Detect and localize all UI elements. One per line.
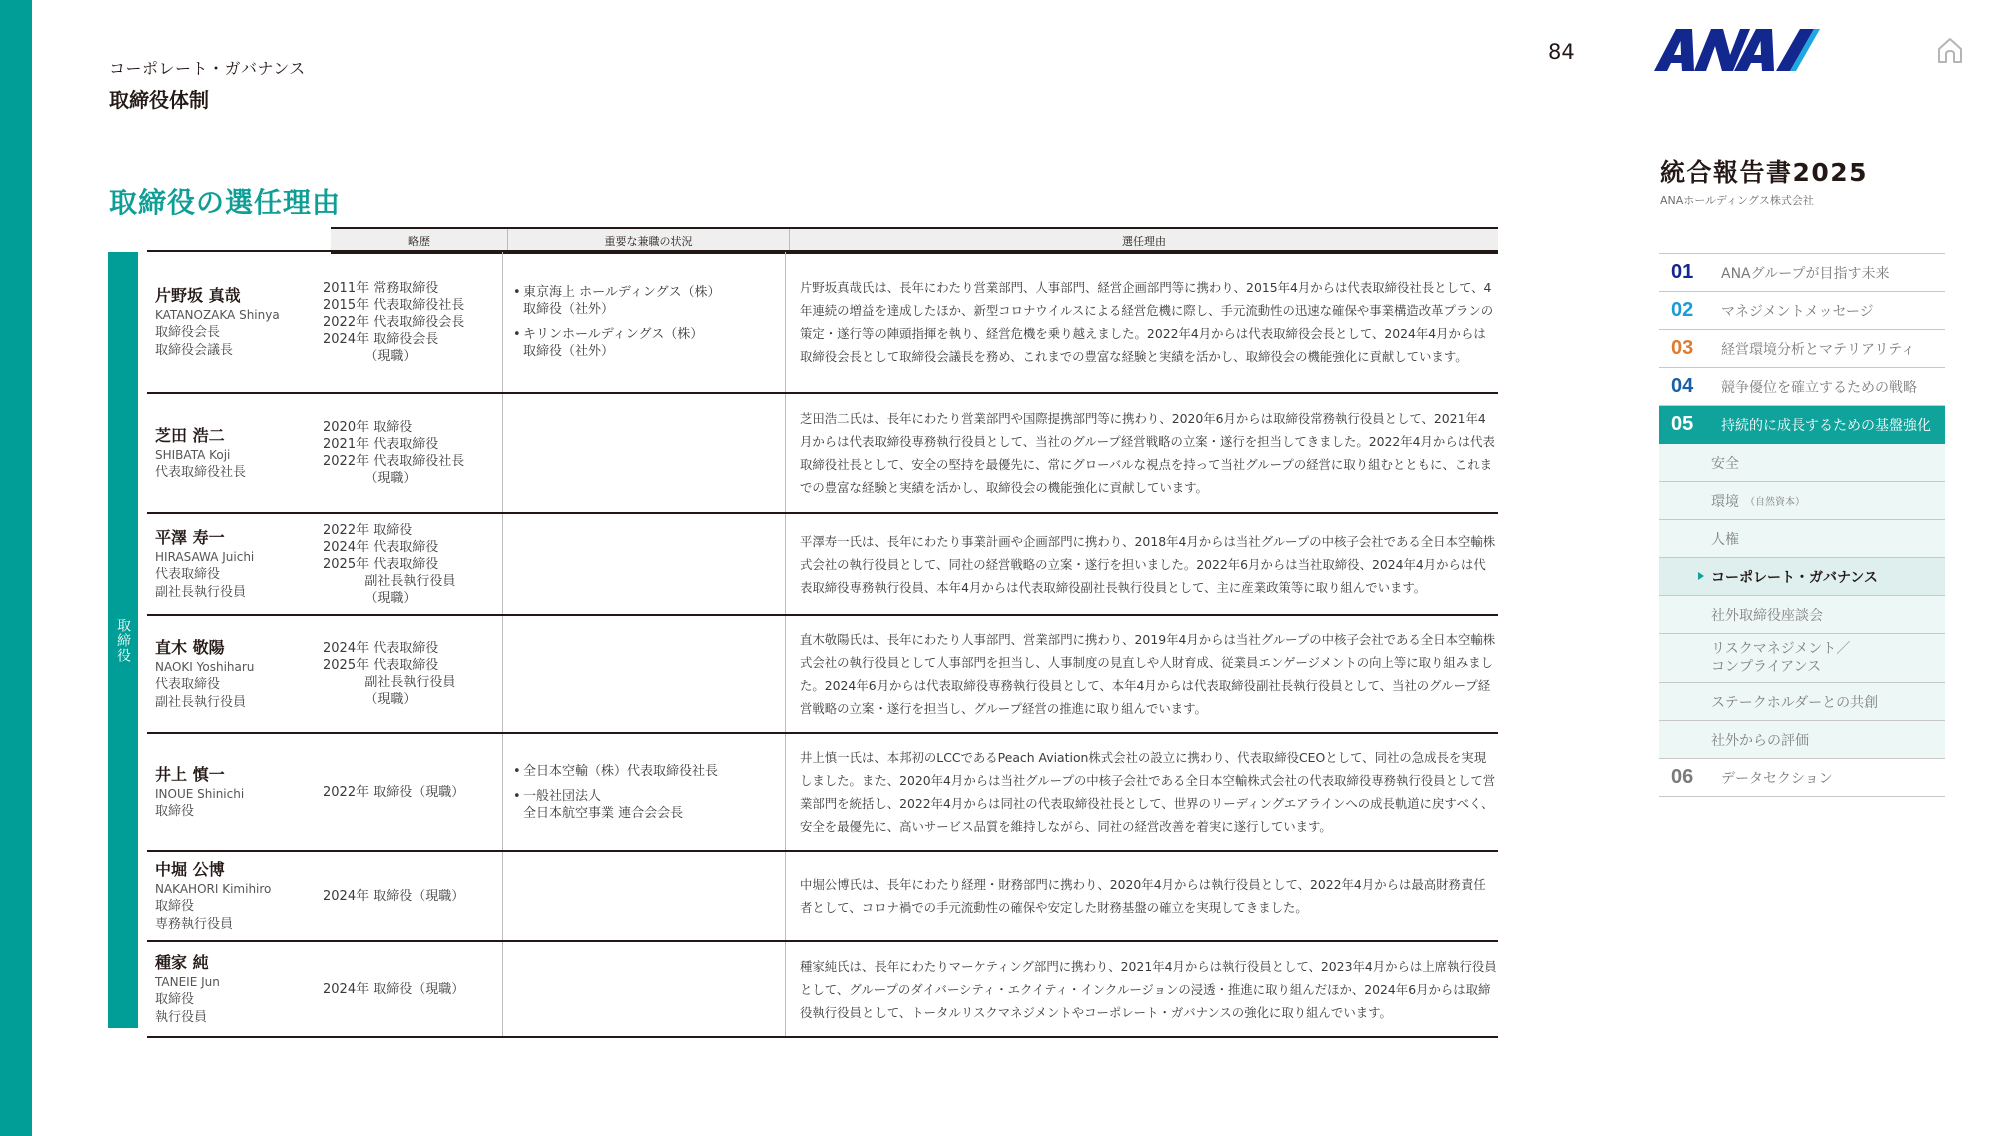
name-en: SHIBATA Koji — [155, 447, 323, 464]
career-cell: 2011年 常務取締役 2015年 代表取締役社長 2022年 代表取締役会長 … — [323, 252, 503, 392]
nav-number: 06 — [1659, 766, 1721, 789]
posts-cell — [503, 514, 786, 614]
col-header-career: 略歴 — [331, 229, 508, 252]
post-item: 東京海上 ホールディングス（株） 取締役（社外） — [513, 284, 785, 318]
reason-cell: 井上慎一氏は、本邦初のLCCであるPeach Aviation株式会社の設立に携… — [786, 734, 1498, 850]
career-line: （現職） — [323, 470, 502, 487]
name-en: KATANOZAKA Shinya — [155, 307, 323, 324]
title: 副社長執行役員 — [155, 694, 323, 712]
nav-label: ANAグループが目指す未来 — [1721, 263, 1890, 283]
table-body: 片野坂 真哉 KATANOZAKA Shinya 取締役会長 取締役会議長 20… — [147, 250, 1498, 1038]
career-line: 2022年 代表取締役会長 — [323, 314, 502, 331]
reason-cell: 種家純氏は、長年にわたりマーケティング部門に携わり、2021年4月からは執行役員… — [786, 942, 1498, 1036]
nav-item-01[interactable]: 01 ANAグループが目指す未来 — [1659, 254, 1945, 292]
career-cell: 2024年 取締役（現職） — [323, 942, 503, 1036]
nav-number: 03 — [1659, 337, 1721, 360]
posts-cell — [503, 942, 786, 1036]
career-line: （現職） — [323, 348, 502, 365]
reason-cell: 直木敬陽氏は、長年にわたり人事部門、営業部門に携わり、2019年4月からは当社グ… — [786, 616, 1498, 732]
reason-cell: 中堀公博氏は、長年にわたり経理・財務部門に携わり、2020年4月からは執行役員と… — [786, 852, 1498, 940]
nav-number: 02 — [1659, 299, 1721, 322]
career-line: 2020年 取締役 — [323, 419, 502, 436]
career-line: 2024年 取締役会長 — [323, 331, 502, 348]
title: 代表取締役社長 — [155, 464, 323, 482]
table-row: 芝田 浩二 SHIBATA Koji 代表取締役社長 2020年 取締役 202… — [147, 394, 1498, 514]
title: 取締役会議長 — [155, 342, 323, 360]
nav-sub-human-rights[interactable]: 人権 — [1659, 520, 1945, 558]
name-ja: 芝田 浩二 — [155, 425, 323, 447]
career-line: 副社長執行役員 — [323, 573, 502, 590]
table-row: 片野坂 真哉 KATANOZAKA Shinya 取締役会長 取締役会議長 20… — [147, 252, 1498, 394]
career-line: 2022年 取締役（現職） — [323, 784, 502, 801]
post-item: 一般社団法人 全日本航空事業 連合会会長 — [513, 788, 785, 822]
career-line: 副社長執行役員 — [323, 674, 502, 691]
posts-cell — [503, 394, 786, 512]
nav-sub-label: 社外取締役座談会 — [1711, 605, 1823, 625]
nav-sub-label: リスクマネジメント／ — [1711, 640, 1850, 658]
nav-sub-label: 環境 — [1711, 491, 1739, 511]
nav-label: 経営環境分析とマテリアリティ — [1721, 339, 1915, 359]
career-cell: 2020年 取締役 2021年 代表取締役 2022年 代表取締役社長 （現職） — [323, 394, 503, 512]
nav-sub-label: ステークホルダーとの共創 — [1711, 692, 1878, 712]
name-ja: 直木 敬陽 — [155, 637, 323, 659]
career-line: 2024年 代表取締役 — [323, 640, 502, 657]
post-line: 一般社団法人 — [523, 788, 785, 805]
table-row: 平澤 寿一 HIRASAWA Juichi 代表取締役 副社長執行役員 2022… — [147, 514, 1498, 616]
posts-cell — [503, 852, 786, 940]
post-line: 全日本航空事業 連合会会長 — [523, 805, 785, 822]
nav-label: データセクション — [1721, 768, 1833, 788]
title: 取締役 — [155, 898, 323, 916]
nav-number: 05 — [1659, 413, 1721, 436]
name-ja: 井上 慎一 — [155, 764, 323, 786]
reason-cell: 片野坂真哉氏は、長年にわたり営業部門、人事部門、経営企画部門等に携わり、2015… — [786, 252, 1498, 392]
nav-label: 持続的に成長するための基盤強化 — [1721, 415, 1931, 435]
home-icon[interactable] — [1935, 35, 1965, 65]
career-cell: 2022年 取締役 2024年 代表取締役 2025年 代表取締役 副社長執行役… — [323, 514, 503, 614]
posts-cell — [503, 616, 786, 732]
page-title: 取締役の選任理由 — [109, 181, 341, 221]
nav-number: 04 — [1659, 375, 1721, 398]
career-line: 2024年 代表取締役 — [323, 539, 502, 556]
post-item: 全日本空輸（株）代表取締役社長 — [513, 763, 785, 780]
director-name-cell: 種家 純 TANEIE Jun 取締役 執行役員 — [147, 942, 323, 1036]
nav-item-06[interactable]: 06 データセクション — [1659, 759, 1945, 797]
posts-cell: 全日本空輸（株）代表取締役社長 一般社団法人 全日本航空事業 連合会会長 — [503, 734, 786, 850]
col-header-concurrent-posts: 重要な兼職の状況 — [508, 229, 790, 252]
career-line: 2025年 代表取締役 — [323, 556, 502, 573]
name-ja: 片野坂 真哉 — [155, 285, 323, 307]
nav-sub-environment[interactable]: 環境（自然資本） — [1659, 482, 1945, 520]
career-line: 2021年 代表取締役 — [323, 436, 502, 453]
table-row: 井上 慎一 INOUE Shinichi 取締役 2022年 取締役（現職） 全… — [147, 734, 1498, 852]
nav-item-03[interactable]: 03 経営環境分析とマテリアリティ — [1659, 330, 1945, 368]
nav-sub-label: 社外からの評価 — [1711, 730, 1809, 750]
title: 代表取締役 — [155, 566, 323, 584]
reason-cell: 平澤寿一氏は、長年にわたり事業計画や企画部門に携わり、2018年4月からは当社グ… — [786, 514, 1498, 614]
director-name-cell: 片野坂 真哉 KATANOZAKA Shinya 取締役会長 取締役会議長 — [147, 252, 323, 392]
name-en: INOUE Shinichi — [155, 786, 323, 803]
post-line: 東京海上 ホールディングス（株） — [523, 284, 785, 301]
current-marker-icon — [1698, 572, 1704, 580]
director-name-cell: 中堀 公博 NAKAHORI Kimihiro 取締役 専務執行役員 — [147, 852, 323, 940]
career-line: 2022年 取締役 — [323, 522, 502, 539]
left-accent-strip — [0, 0, 32, 1136]
director-name-cell: 井上 慎一 INOUE Shinichi 取締役 — [147, 734, 323, 850]
ana-logo[interactable] — [1654, 27, 1820, 71]
nav-label: 競争優位を確立するための戦略 — [1721, 377, 1917, 397]
title: 取締役 — [155, 803, 323, 821]
title: 取締役会長 — [155, 324, 323, 342]
title: 専務執行役員 — [155, 916, 323, 934]
career-cell: 2024年 取締役（現職） — [323, 852, 503, 940]
post-line: 全日本空輸（株）代表取締役社長 — [523, 763, 785, 780]
title: 執行役員 — [155, 1009, 323, 1027]
nav-sub-label: 安全 — [1711, 453, 1739, 473]
nav-sub-external-evaluation[interactable]: 社外からの評価 — [1659, 721, 1945, 759]
posts-cell: 東京海上 ホールディングス（株） 取締役（社外） キリンホールディングス（株） … — [503, 252, 786, 392]
name-ja: 平澤 寿一 — [155, 527, 323, 549]
nav-sub-stakeholders[interactable]: ステークホルダーとの共創 — [1659, 683, 1945, 721]
name-ja: 種家 純 — [155, 952, 323, 974]
name-en: NAOKI Yoshiharu — [155, 659, 323, 676]
name-en: TANEIE Jun — [155, 974, 323, 991]
section-label: コーポレート・ガバナンス — [109, 56, 306, 79]
table-row: 直木 敬陽 NAOKI Yoshiharu 代表取締役 副社長執行役員 2024… — [147, 616, 1498, 734]
career-line: 2015年 代表取締役社長 — [323, 297, 502, 314]
career-line: 2022年 代表取締役社長 — [323, 453, 502, 470]
report-title: 統合報告書2025 — [1660, 153, 1868, 189]
career-line: 2025年 代表取締役 — [323, 657, 502, 674]
col-header-reason: 選任理由 — [790, 229, 1498, 252]
name-en: HIRASAWA Juichi — [155, 549, 323, 566]
career-line: 2024年 取締役（現職） — [323, 981, 502, 998]
nav-item-04[interactable]: 04 競争優位を確立するための戦略 — [1659, 368, 1945, 406]
nav-sub-label: コーポレート・ガバナンス — [1711, 567, 1878, 587]
table-row: 種家 純 TANEIE Jun 取締役 執行役員 2024年 取締役（現職） 種… — [147, 942, 1498, 1038]
group-label: 取締役 — [108, 252, 138, 1028]
nav-label: マネジメントメッセージ — [1721, 301, 1874, 321]
report-company: ANAホールディングス株式会社 — [1660, 192, 1814, 208]
nav-sub-label: 人権 — [1711, 529, 1739, 549]
title: 副社長執行役員 — [155, 584, 323, 602]
nav-sub-label: コンプライアンス — [1711, 658, 1850, 676]
nav-sub-note: （自然資本） — [1745, 493, 1805, 508]
table-row: 中堀 公博 NAKAHORI Kimihiro 取締役 専務執行役員 2024年… — [147, 852, 1498, 942]
title: 代表取締役 — [155, 676, 323, 694]
nav-item-02[interactable]: 02 マネジメントメッセージ — [1659, 292, 1945, 330]
chapter-nav: 01 ANAグループが目指す未来 02 マネジメントメッセージ 03 経営環境分… — [1659, 253, 1945, 797]
post-item: キリンホールディングス（株） 取締役（社外） — [513, 326, 785, 360]
subsection-label: 取締役体制 — [109, 84, 209, 113]
career-line: （現職） — [323, 691, 502, 708]
career-cell: 2022年 取締役（現職） — [323, 734, 503, 850]
post-line: 取締役（社外） — [523, 343, 785, 360]
nav-item-05[interactable]: 05 持続的に成長するための基盤強化 — [1659, 406, 1945, 444]
career-line: 2011年 常務取締役 — [323, 280, 502, 297]
career-line: 2024年 取締役（現職） — [323, 888, 502, 905]
name-ja: 中堀 公博 — [155, 859, 323, 881]
director-name-cell: 平澤 寿一 HIRASAWA Juichi 代表取締役 副社長執行役員 — [147, 514, 323, 614]
post-line: キリンホールディングス（株） — [523, 326, 785, 343]
nav-sub-corporate-governance[interactable]: コーポレート・ガバナンス — [1659, 558, 1945, 596]
director-name-cell: 直木 敬陽 NAOKI Yoshiharu 代表取締役 副社長執行役員 — [147, 616, 323, 732]
reason-cell: 芝田浩二氏は、長年にわたり営業部門や国際提携部門等に携わり、2020年6月からは… — [786, 394, 1498, 512]
page-number: 84 — [1548, 40, 1575, 64]
name-en: NAKAHORI Kimihiro — [155, 881, 323, 898]
nav-sub-risk-compliance[interactable]: リスクマネジメント／ コンプライアンス — [1659, 634, 1945, 683]
nav-sub-safety[interactable]: 安全 — [1659, 444, 1945, 482]
nav-sub-outside-directors[interactable]: 社外取締役座談会 — [1659, 596, 1945, 634]
nav-number: 01 — [1659, 261, 1721, 284]
title: 取締役 — [155, 991, 323, 1009]
career-cell: 2024年 代表取締役 2025年 代表取締役 副社長執行役員 （現職） — [323, 616, 503, 732]
post-line: 取締役（社外） — [523, 301, 785, 318]
director-name-cell: 芝田 浩二 SHIBATA Koji 代表取締役社長 — [147, 394, 323, 512]
career-line: （現職） — [323, 590, 502, 607]
